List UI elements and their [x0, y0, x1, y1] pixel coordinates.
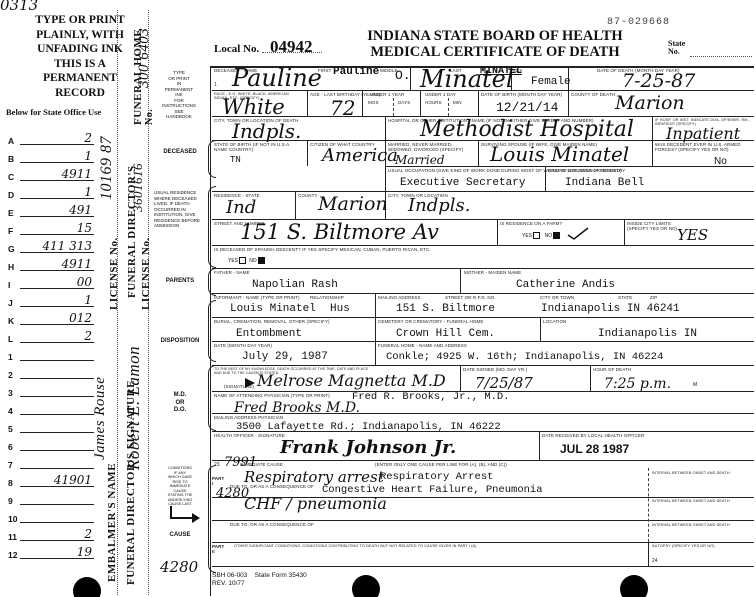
marital-value[interactable]: Married	[395, 153, 445, 167]
funeral-home-address-label: FUNERAL HOME - NAME AND ADDRESS	[378, 343, 467, 348]
ledger-row[interactable]: G411 313	[4, 236, 104, 254]
occupation-value[interactable]: Executive Secretary	[400, 177, 525, 189]
autopsy-label: AUTOPSY (Specify Yes or No)	[652, 544, 715, 548]
state-no-field[interactable]	[690, 56, 752, 57]
physician-label: NAME OF ATTENDING PHYSICIAN (Type or Pri…	[214, 393, 330, 398]
form-code: SBH 06-003 State Form 35430 REV. 10/77	[212, 572, 307, 588]
ledger-label: K	[8, 316, 14, 326]
ledger-label: 12	[8, 550, 17, 560]
state-stamp-number: 87-029668	[607, 17, 670, 28]
ledger-label: 11	[8, 532, 17, 542]
ledger-value[interactable]: 1	[84, 293, 92, 307]
interval-a-label: Interval between onset and death	[652, 471, 730, 475]
mos-label: MOS	[368, 100, 379, 105]
physician-handwritten[interactable]: Fred Brooks M.D.	[234, 400, 360, 416]
farm-label: IS RESIDENCE ON A FARM?	[500, 221, 562, 226]
marital-label: MARRIED, NEVER MARRIED, WIDOWED, DIVORCE…	[388, 142, 473, 152]
physician-typed[interactable]: Fred R. Brooks, Jr., M.D.	[352, 391, 510, 403]
ledger-label: G	[8, 244, 15, 254]
father-label: FATHER - NAME	[214, 270, 250, 275]
disposition-date[interactable]: July 29, 1987	[242, 351, 328, 363]
due-to-label-c: DUE TO, OR AS A CONSEQUENCE OF	[230, 522, 314, 527]
state-office-use-label: Below for State Office Use	[6, 107, 101, 117]
industry-value[interactable]: Indiana Bell	[565, 177, 644, 189]
ledger-line	[20, 144, 94, 145]
ledger-label: I	[8, 280, 10, 290]
cause-section-label: CAUSE	[152, 532, 208, 538]
ledger-value[interactable]: 2	[84, 329, 92, 343]
interval-c-label: Interval between onset and death	[652, 523, 730, 527]
ledger-label: 2	[8, 370, 13, 380]
min-label: MIN	[453, 100, 462, 105]
ledger-row[interactable]: 5	[4, 416, 104, 434]
sex-value[interactable]: Female	[531, 76, 571, 88]
location-label: LOCATION	[543, 319, 566, 324]
ledger-label: F	[8, 226, 13, 236]
part-2-label: PART II	[212, 544, 226, 554]
health-officer-label: HEALTH OFFICER - SIGNATURE	[214, 433, 285, 438]
field-number: 24	[652, 558, 658, 564]
ledger-row[interactable]: 1	[4, 344, 104, 362]
ledger-value[interactable]: 1	[84, 185, 92, 199]
funeral-home-address[interactable]: Conkle; 4925 W. 16th; Indianapolis, IN 4…	[386, 351, 663, 363]
dob-label: DATE OF BIRTH (Month Day Year)	[481, 92, 562, 97]
cause-code: 4280	[160, 558, 198, 576]
days-label: DAYS	[398, 100, 410, 105]
md-do-section-label: M.D.ORD.O.	[152, 392, 208, 415]
ledger-row[interactable]: 9	[4, 488, 104, 506]
ledger-label: A	[8, 136, 14, 146]
ledger-label: 10	[8, 514, 17, 524]
health-officer-signature[interactable]: Frank Johnson Jr.	[280, 437, 456, 458]
ledger-label: L	[8, 334, 13, 344]
fd-signature-label: FUNERAL DIRECTOR'S SIGNATURE	[125, 455, 137, 585]
dob-value[interactable]: 12/21/14	[496, 100, 558, 115]
city-limits-value[interactable]: YES	[677, 226, 708, 244]
ledger-row[interactable]: L2	[4, 326, 104, 344]
informant-mailing-label: MAILING ADDRESS	[378, 295, 421, 300]
industry-label: KIND OF BUSINESS OR INDUSTRY	[548, 168, 625, 173]
ledger-line	[20, 468, 94, 469]
date-signed[interactable]: 7/25/87	[475, 374, 533, 392]
ledger-row[interactable]: C4911	[4, 164, 104, 182]
hospital-value[interactable]: Methodist Hospital	[420, 117, 634, 142]
ledger-value[interactable]: 4911	[61, 257, 92, 271]
sex-label: SEX	[513, 68, 522, 73]
ledger-label: 8	[8, 478, 13, 488]
ledger-line	[20, 540, 94, 541]
local-no-label: Local No.	[214, 43, 259, 55]
ledger-value[interactable]: 2	[84, 131, 92, 145]
local-no[interactable]: 04942	[270, 37, 313, 57]
ledger-row[interactable]: 7	[4, 452, 104, 470]
father-name[interactable]: Napolian Rash	[252, 279, 338, 291]
residence-city[interactable]: Indpls.	[408, 195, 470, 216]
ledger-row[interactable]: D1	[4, 182, 104, 200]
binder-hole	[620, 575, 648, 597]
ink-instructions: TYPE OR PRINT PLAINLY, WITH UNFADING INK…	[20, 13, 140, 100]
informant-street[interactable]: 151 S. Biltmore	[396, 303, 495, 315]
cause-b-handwritten[interactable]: CHF / pneumonia	[244, 494, 387, 513]
farm-no-checkbox[interactable]	[553, 232, 560, 239]
city-town-label: CITY OR TOWN	[540, 295, 574, 300]
hosp-status-value[interactable]: Inpatient	[666, 124, 740, 143]
ledger-row[interactable]: 3	[4, 380, 104, 398]
ledger-label: 7	[8, 460, 13, 470]
ledger-row[interactable]: 1219	[4, 542, 104, 560]
location-value[interactable]: Indianapolis IN	[598, 328, 697, 340]
disposition-method-label: BURIAL, CREMATION, REMOVAL, OTHER (Speci…	[214, 319, 330, 324]
ledger-line	[20, 432, 94, 433]
cemetery-label: CEMETERY OR CREMATORY - FUNERAL HOME	[378, 319, 483, 324]
informant-name[interactable]: Louis Minatel	[230, 303, 316, 315]
ledger-label: J	[8, 298, 13, 308]
ledger-line	[20, 504, 94, 505]
ledger-label: 3	[8, 388, 13, 398]
ledger-line	[20, 198, 94, 199]
spanish-descent-label: IS DECEASED OF SPANISH DESCENT? IF YES S…	[214, 247, 431, 252]
ledger-value[interactable]: 491	[69, 203, 92, 217]
ledger-label: 4	[8, 406, 13, 416]
ledger-line	[20, 378, 94, 379]
other-conditions-label: OTHER SIGNIFICANT CONDITIONS: Conditions…	[234, 544, 477, 548]
ledger-row[interactable]: A2	[4, 128, 104, 146]
embalmer-name[interactable]: James Rouse	[92, 377, 109, 460]
birthplace-value[interactable]: TN	[230, 155, 241, 165]
usual-residence-note: USUAL RESIDENCEWHERE DECEASEDLIVED. IF D…	[154, 190, 210, 229]
deceased-first-name-handwritten[interactable]: Pauline	[232, 64, 322, 92]
residence-county-label: COUNTY	[298, 193, 318, 198]
binder-hole	[352, 575, 380, 597]
citizen-value[interactable]: America	[322, 145, 398, 166]
disposition-method[interactable]: Entombment	[236, 328, 302, 340]
title-certificate: MEDICAL CERTIFICATE OF DEATH	[330, 44, 660, 60]
ledger-line	[20, 162, 94, 163]
title-board: INDIANA STATE BOARD OF HEALTH	[330, 28, 660, 44]
ledger-label: 5	[8, 424, 13, 434]
informant-name-label: INFORMANT - NAME (Type or print)	[214, 295, 300, 300]
field-number: 1	[214, 82, 217, 88]
corner-number: 0313	[0, 0, 38, 14]
ledger-label: B	[8, 154, 14, 164]
armed-forces-label: WAS DECEDENT EVER IN U.S. ARMED FORCES? …	[655, 142, 750, 152]
ledger-value[interactable]: 1	[84, 149, 92, 163]
field-number: 23	[214, 462, 220, 468]
armed-forces-value[interactable]: No	[714, 156, 727, 167]
farm-yes-checkbox[interactable]	[533, 232, 540, 239]
hour-of-death[interactable]: 7:25 p.m.	[604, 376, 671, 392]
date-received[interactable]: JUL 28 1987	[560, 442, 629, 456]
ledger-label: 9	[8, 496, 13, 506]
birthplace-label: STATE OF BIRTH (If not in U.S.A. name co…	[214, 142, 304, 152]
ledger-row[interactable]: F15	[4, 218, 104, 236]
fd-license-label: LICENSE No.	[140, 237, 152, 310]
spanish-options: YES NO	[228, 257, 265, 264]
ledger-value[interactable]: 2	[84, 527, 92, 541]
residence-street[interactable]: 151 S. Biltmore Av	[240, 220, 439, 244]
physician-mailing[interactable]: 3500 Lafayette Rd.; Indianapolis, IN 462…	[236, 421, 501, 433]
ledger-value[interactable]: 41901	[54, 473, 92, 487]
ledger-value[interactable]: 00	[77, 275, 92, 289]
conditions-note: CONDITIONSIF ANYWHICH GAVERISE TOIMMEDIA…	[156, 466, 204, 507]
ledger-value[interactable]: 15	[77, 221, 92, 235]
binder-hole	[73, 577, 101, 597]
ledger-label: E	[8, 208, 14, 218]
enter-only-label: (ENTER ONLY ONE CAUSE PER LINE FOR (a), …	[375, 462, 507, 467]
ledger-label: 1	[8, 352, 13, 362]
ledger-row[interactable]: 4	[4, 398, 104, 416]
cemetery-value[interactable]: Crown Hill Cem.	[396, 328, 495, 340]
relationship-label: RELATIONSHIP	[310, 295, 344, 300]
ledger-label: D	[8, 190, 14, 200]
fd-license[interactable]: 3601616	[130, 163, 146, 212]
ledger-value[interactable]: 411 313	[42, 239, 92, 253]
residence-state[interactable]: Ind	[226, 197, 256, 218]
race-value[interactable]: White	[222, 95, 285, 119]
ledger-value[interactable]: 19	[77, 545, 92, 559]
embalmer-license[interactable]: 10169 87	[98, 136, 116, 200]
informant-city-state-zip[interactable]: Indianapolis IN 46241	[541, 303, 680, 315]
county-of-death-label: COUNTY OF DEATH	[571, 92, 615, 97]
deceased-middle-initial[interactable]: O.	[395, 68, 411, 83]
ledger-value[interactable]: 012	[69, 311, 92, 325]
ledger-row[interactable]: 10	[4, 506, 104, 524]
age-value[interactable]: 72	[330, 96, 355, 120]
disposition-section-label: DISPOSITION	[152, 338, 208, 344]
cause-a-typed[interactable]: Respiratory Arrest	[380, 471, 493, 483]
arrow-play-icon	[245, 378, 255, 388]
ledger-label: C	[8, 172, 14, 182]
ledger-line	[20, 396, 94, 397]
ledger-line	[20, 522, 94, 523]
ledger-row[interactable]: E491	[4, 200, 104, 218]
embalmer-license-label: LICENSE No.	[108, 237, 120, 310]
interval-b-label: Interval between onset and death	[652, 499, 730, 503]
fd-signature[interactable]: Robert E. Lamon	[124, 346, 144, 470]
ledger-row[interactable]: 6	[4, 434, 104, 452]
state-no-label: State No.	[668, 40, 690, 56]
ledger-line	[20, 360, 94, 361]
arrow-right-icon	[168, 505, 202, 523]
ledger-line	[20, 342, 94, 343]
ledger-line	[20, 306, 94, 307]
ledger-row[interactable]: B1	[4, 146, 104, 164]
embalmer-name-label: EMBALMER'S NAME	[106, 463, 118, 582]
mother-label: MOTHER - MAIDEN NAME	[464, 270, 521, 275]
hour-suffix: M	[693, 382, 697, 388]
checkmark-icon	[567, 226, 589, 240]
residence-county[interactable]: Marion	[318, 193, 388, 215]
spouse-value[interactable]: Louis Minatel	[490, 142, 629, 166]
ledger-row[interactable]: J1	[4, 290, 104, 308]
type-or-print-note: TYPEOR PRINTINPERMANENTINKFORINSTRUCTION…	[150, 70, 208, 120]
county-of-death[interactable]: Marion	[615, 92, 685, 114]
ledger-row[interactable]: 112	[4, 524, 104, 542]
city-of-death[interactable]: Indpls.	[232, 119, 301, 143]
under-1-day-label: UNDER 1 DAY	[425, 92, 456, 97]
date-of-death[interactable]: 7-25-87	[622, 70, 695, 92]
ledger-row[interactable]: I00	[4, 272, 104, 290]
parents-section-label: PARENTS	[152, 278, 208, 284]
spanish-no-checkbox[interactable]	[258, 257, 265, 264]
ledger-row[interactable]: 2	[4, 362, 104, 380]
part-1-label: PART I	[212, 476, 226, 486]
ledger-value[interactable]: 4911	[61, 167, 92, 181]
under-1-year-label: UNDER 1 YEAR	[370, 92, 404, 97]
ledger-label: 6	[8, 442, 13, 452]
mother-name[interactable]: Catherine Andis	[516, 279, 615, 291]
zip-label: ZIP	[650, 295, 657, 300]
hour-of-death-label: HOUR OF DEATH	[593, 367, 631, 372]
state-label: STATE	[618, 295, 632, 300]
ledger-row[interactable]: H4911	[4, 254, 104, 272]
deceased-first-name-typed[interactable]: Pauline	[333, 66, 379, 78]
street-rfd-label: STREET OR R.F.D. NO.	[445, 295, 496, 300]
farm-options: YES NO	[522, 232, 560, 239]
ledger-row[interactable]: K012	[4, 308, 104, 326]
informant-relationship[interactable]: Hus	[330, 303, 350, 315]
ledger-row[interactable]: 841901	[4, 470, 104, 488]
ledger-line	[20, 414, 94, 415]
physician-mailing-label: MAILING ADDRESS PHYSICIAN	[214, 415, 283, 420]
deceased-section-label: DECEASED	[152, 149, 208, 155]
disposition-date-label: DATE (MONTH DAY YEAR)	[214, 343, 272, 348]
date-received-label: DATE RECEIVED BY LOCAL HEALTH OFFICER	[542, 433, 644, 438]
ledger-label: H	[8, 262, 14, 272]
spanish-yes-checkbox[interactable]	[239, 257, 246, 264]
date-signed-label: DATE SIGNED (Mo. Day Yr.)	[463, 367, 527, 372]
ledger-line	[20, 450, 94, 451]
certifier-signature[interactable]: Melrose Magnetta M.D	[257, 371, 446, 390]
hours-label: HOURS	[425, 100, 442, 105]
